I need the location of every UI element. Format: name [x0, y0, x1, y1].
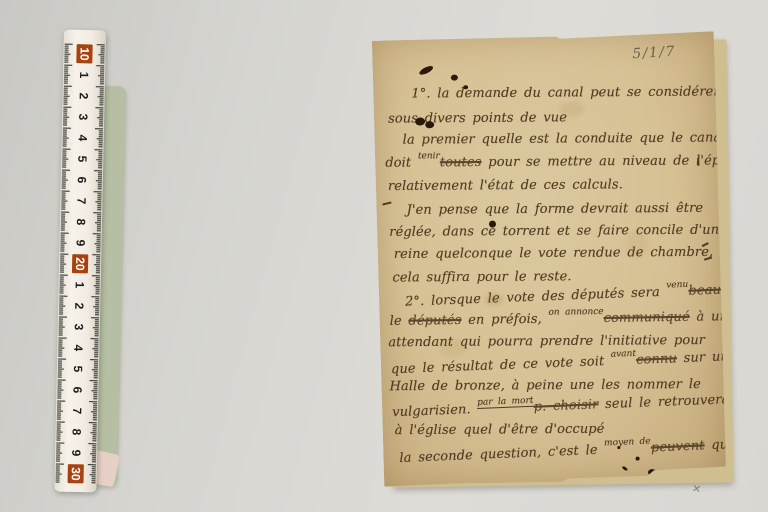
ruler-tick: [62, 159, 68, 160]
ruler-tick: [64, 93, 68, 94]
ruler-tick: [99, 115, 103, 116]
ruler-tick: [60, 261, 64, 262]
ruler-tick: [64, 60, 68, 61]
handwriting-line: à l'église quel d'être d'occupé: [395, 422, 605, 438]
ruler-tick: [63, 117, 69, 118]
ruler-tick: [97, 220, 101, 221]
ruler-tick: [57, 415, 61, 416]
ruler-tick: [100, 92, 104, 93]
ruler-tick: [96, 268, 100, 269]
ink-blot: [636, 457, 640, 461]
handwriting-text: doit: [385, 155, 418, 170]
ruler-tick: [100, 63, 104, 64]
ruler-tick: [96, 245, 100, 246]
handwriting-text: en préfois,: [461, 312, 548, 328]
ruler-tick: [63, 127, 71, 128]
ruler-tick: [95, 107, 103, 108]
ruler-tick: [62, 194, 66, 195]
ruler-tick: [94, 344, 98, 345]
ruler-tick: [97, 44, 105, 45]
ruler-tick: [63, 148, 71, 149]
ruler-tick: [62, 175, 66, 176]
ruler-tick: [62, 186, 66, 187]
ruler-tick: [57, 427, 61, 428]
ruler-tick: [92, 468, 96, 469]
ruler-tick: [97, 138, 103, 139]
ruler-tick: [94, 149, 102, 150]
ruler-tick: [58, 379, 66, 380]
ruler-tick: [56, 459, 60, 460]
ruler-tick: [56, 436, 60, 437]
ruler-tick: [61, 198, 65, 199]
ruler-tick: [89, 401, 97, 402]
ruler-cm-label: 1: [73, 281, 87, 288]
ruler-tick: [62, 188, 66, 189]
ruler-tick: [63, 125, 67, 126]
ruler-tick: [64, 87, 68, 88]
ruler-tick: [93, 327, 99, 328]
ruler-tick: [92, 254, 100, 255]
handwriting-text: pour se mettre au niveau de l'époque: [481, 153, 753, 170]
ruler-tick: [61, 234, 65, 235]
ruler-tick: [64, 70, 68, 71]
handwriting-text: que se diriger: [704, 434, 768, 453]
ruler-tick: [63, 131, 67, 132]
ruler-tick: [88, 443, 96, 444]
ruler-tick: [56, 469, 60, 470]
ruler-tick: [94, 355, 98, 356]
ruler-tick: [93, 399, 97, 400]
ruler-tick: [59, 314, 63, 315]
ruler-tick: [60, 245, 64, 246]
ruler-tick: [97, 235, 101, 236]
ruler-tick: [59, 295, 67, 296]
ruler-tick: [97, 216, 101, 217]
foxing-stain: [438, 338, 468, 357]
ruler-tick: [58, 341, 62, 342]
ruler-tick: [58, 354, 62, 355]
crossed-out-word: p. choisir: [533, 397, 598, 414]
ruler-tick: [62, 165, 66, 166]
ruler-tick: [62, 154, 66, 155]
ruler-tick: [95, 321, 99, 322]
ruler-tick: [64, 56, 68, 57]
ruler-tick: [59, 299, 63, 300]
ruler-tick: [92, 441, 96, 442]
ruler-tick: [92, 476, 96, 477]
ruler-tick: [62, 163, 66, 164]
ruler-tick: [97, 197, 101, 198]
ruler-tick: [91, 411, 97, 412]
ruler-tick: [98, 155, 102, 156]
ruler-tick: [98, 75, 104, 76]
ruler-tick: [56, 467, 60, 468]
ruler-tick: [96, 289, 100, 290]
ruler-tick: [63, 104, 67, 105]
ruler-tick: [56, 465, 60, 466]
ruler-tick: [57, 394, 61, 395]
ruler-tick: [96, 180, 102, 181]
ruler-tick: [59, 312, 63, 313]
ruler-tick: [94, 191, 102, 192]
archival-annotation: 5/1/7: [632, 44, 677, 63]
ruler-tick: [93, 418, 97, 419]
ruler-tick: [56, 476, 60, 477]
ruler-tick: [98, 96, 104, 97]
ruler-tick: [64, 79, 68, 80]
ruler-tick: [93, 420, 97, 421]
ruler-tick: [59, 301, 63, 302]
ruler-tick: [61, 209, 65, 210]
ruler-tick: [63, 129, 67, 130]
ruler-tick: [62, 171, 66, 172]
ruler-tick: [93, 392, 97, 393]
ruler-tick: [62, 192, 66, 193]
handwriting-line: reine quelconque le vote rendue de chamb…: [394, 245, 713, 262]
ruler-tick: [60, 289, 64, 290]
ruler-tick: [62, 167, 66, 168]
ruler-tick: [61, 232, 69, 233]
ruler-tick: [92, 445, 96, 446]
ruler-tick: [59, 322, 63, 323]
ruler-tick: [100, 73, 104, 74]
ruler-tick: [92, 455, 96, 456]
ruler-tick: [60, 247, 64, 248]
ruler-tick: [91, 432, 97, 433]
ruler-cm-label: 2: [77, 92, 91, 99]
ruler-tick: [60, 280, 64, 281]
ruler-tick: [94, 352, 98, 353]
ruler-tick: [92, 275, 100, 276]
manuscript-page: 5/1/7 1°. la demande du canal peut se co…: [372, 31, 726, 486]
photo-backdrop: 101234567892012345678930 5/1/7 1°. la de…: [0, 0, 768, 512]
ruler-tick: [63, 119, 67, 120]
ruler-tick: [56, 440, 60, 441]
ruler-tick: [63, 123, 67, 124]
ruler-tick: [59, 306, 65, 307]
ruler-tick: [98, 163, 102, 164]
ruler-tick: [63, 146, 67, 147]
handwriting-text: 1°. la demande du canal peut se considér…: [411, 84, 719, 101]
ruler-tick: [94, 367, 98, 368]
handwriting-text: que le résultat de ce vote soit: [391, 354, 612, 377]
ruler-tick: [61, 207, 65, 208]
ruler-tick: [98, 166, 102, 167]
ruler-tick: [56, 480, 60, 481]
ruler-tick: [62, 180, 68, 181]
ruler-tick: [60, 272, 64, 273]
ruler-tick: [99, 113, 103, 114]
ruler-tick: [58, 339, 62, 340]
ruler-tick: [100, 88, 104, 89]
ruler-tick: [94, 365, 98, 366]
ruler-tick: [56, 448, 60, 449]
ruler-tick: [95, 331, 99, 332]
ruler-tick: [93, 430, 97, 431]
ruler-tick: [95, 302, 99, 303]
ruler-tick: [57, 413, 61, 414]
ruler-tick: [59, 320, 63, 321]
ruler-tick: [93, 233, 101, 234]
ruler-tick: [58, 366, 62, 367]
ruler-tick: [92, 466, 96, 467]
ruler-tick: [94, 363, 98, 364]
ruler-tick: [95, 310, 99, 311]
ruler-tick: [96, 283, 100, 284]
ruler-tick: [97, 237, 101, 238]
ruler-tick: [56, 478, 60, 479]
handwriting-line: 2°. lorsque le vote des députés sera ven…: [405, 283, 721, 310]
ruler-tick: [95, 304, 99, 305]
ruler-tick: [92, 439, 96, 440]
ruler-tick: [97, 210, 101, 211]
ruler-tick: [97, 226, 101, 227]
ruler-tick: [96, 277, 100, 278]
crossed-out-word: toutes: [440, 155, 482, 170]
handwriting-line: vulgarisien. par la mortp. choisir seul …: [392, 392, 730, 420]
handwriting-line: 1°. la demande du canal peut se considér…: [411, 84, 719, 101]
ruler-tick: [56, 438, 60, 439]
ruler-tick: [56, 473, 62, 474]
ruler-tick: [59, 293, 63, 294]
ruler-tick: [57, 408, 61, 409]
ruler-tick: [95, 313, 99, 314]
ruler-tick: [93, 306, 99, 307]
ruler-tick: [98, 178, 102, 179]
crossed-out-word: beau: [688, 283, 721, 299]
ruler-tick: [57, 390, 63, 391]
ruler-tick: [64, 72, 68, 73]
crossed-out-word: peuvent: [651, 438, 705, 455]
ruler-tick: [57, 431, 63, 432]
ruler-tick: [58, 352, 62, 353]
ruler-tick: [101, 46, 105, 47]
ruler-tick: [57, 425, 61, 426]
ruler-tick: [65, 45, 69, 46]
ruler-tick: [98, 54, 104, 55]
ruler-tick: [64, 100, 68, 101]
ruler-tick: [91, 338, 99, 339]
ruler-tick: [96, 266, 100, 267]
ruler-tick: [62, 182, 66, 183]
ruler-tick: [56, 482, 60, 483]
ink-blot: [451, 74, 458, 80]
ruler-tick: [97, 241, 101, 242]
ruler-tick: [99, 105, 103, 106]
ruler-tick: [96, 65, 104, 66]
ruler-tick: [95, 298, 99, 299]
ruler-tick: [63, 102, 67, 103]
ruler-tick: [61, 224, 65, 225]
ink-blot: [418, 64, 434, 76]
ruler-tick: [96, 159, 102, 160]
ruler-tick: [94, 384, 98, 385]
ruler-cm-label: 8: [74, 218, 88, 225]
ruler-tick: [63, 106, 71, 107]
ruler-tick: [92, 470, 96, 471]
ruler-tick: [95, 300, 99, 301]
handwriting-text: 2°. lorsque le vote des députés sera: [405, 285, 667, 310]
ruler-tick: [92, 483, 96, 484]
ruler-tick: [57, 434, 61, 435]
ruler-tick: [63, 121, 67, 122]
ruler-tick: [96, 262, 100, 263]
ruler-tick: [57, 410, 63, 411]
ruler-tick: [93, 428, 97, 429]
ruler-tick: [94, 373, 98, 374]
ruler-tick: [91, 296, 99, 297]
ruler-cm-label: 8: [70, 428, 84, 435]
ruler-tick: [98, 157, 102, 158]
ruler-tick: [99, 134, 103, 135]
ruler-tick: [98, 195, 102, 196]
ruler-tick: [59, 318, 63, 319]
ruler-tick: [97, 231, 101, 232]
ruler-tick: [99, 103, 103, 104]
ruler-tick: [64, 85, 72, 86]
ruler-tick: [60, 255, 64, 256]
ruler-tick: [99, 126, 103, 127]
handwriting-line: réglée, dans ce torrent et se faire conc…: [389, 223, 727, 240]
ruler-tick: [94, 285, 100, 286]
ruler-tick: [59, 310, 63, 311]
ruler-tick: [100, 84, 104, 85]
ruler-tick: [64, 62, 68, 63]
handwriting-text: réglée, dans ce torrent et se faire conc…: [389, 223, 727, 240]
ruler-tick: [56, 450, 60, 451]
ruler-cm-label: 6: [75, 176, 89, 183]
ruler-tick: [98, 151, 102, 152]
ruler-tick: [63, 144, 67, 145]
ruler-tick: [62, 152, 66, 153]
ruler-tick: [59, 331, 63, 332]
ruler-tick: [63, 140, 67, 141]
ruler-cm-label: 9: [69, 449, 83, 456]
ruler-tick: [95, 308, 99, 309]
ruler-tick: [94, 342, 98, 343]
ruler-tick: [99, 130, 103, 131]
ruler-decade-label: 30: [68, 464, 84, 484]
ruler-tick: [92, 369, 98, 370]
ruler-tick: [59, 316, 67, 317]
ruler-tick: [97, 117, 103, 118]
ruler-tick: [93, 413, 97, 414]
ruler-tick: [63, 142, 67, 143]
ruler-tick: [60, 268, 64, 269]
ruler-tick: [62, 156, 66, 157]
ruler-tick: [59, 337, 67, 338]
ruler-tick: [64, 98, 68, 99]
ruler-tick: [95, 294, 99, 295]
ruler-cm-label: 7: [74, 197, 88, 204]
ruler-tick: [56, 471, 60, 472]
ruler-tick: [56, 444, 60, 445]
ruler-tick: [94, 378, 98, 379]
ink-blot: [622, 466, 629, 472]
ruler-tick: [61, 222, 67, 223]
handwriting-line: cela suffira pour le reste.: [392, 269, 571, 285]
ruler-tick: [60, 251, 64, 252]
ruler-tick: [61, 213, 65, 214]
ruler-tick: [96, 250, 100, 251]
ruler-cm-label: 4: [76, 134, 90, 141]
ruler-tick: [92, 481, 96, 482]
ruler-tick: [94, 264, 100, 265]
crossed-out-word: communiqué: [604, 310, 690, 326]
ruler-tick: [61, 205, 65, 206]
ruler-cm-label: 9: [73, 239, 87, 246]
ruler-tick: [101, 48, 105, 49]
ruler-tick: [58, 360, 62, 361]
ruler-tick: [57, 429, 61, 430]
ruler-cm-label: 5: [75, 155, 89, 162]
ruler-tick: [92, 460, 96, 461]
ruler-tick: [92, 449, 96, 450]
ruler-cm-label: 7: [70, 407, 84, 414]
ruler-tick: [100, 69, 104, 70]
ruler-tick: [64, 96, 70, 97]
ruler-tick: [57, 404, 61, 405]
ruler-tick: [95, 334, 99, 335]
ruler-tick: [100, 61, 104, 62]
ruler-tick: [65, 47, 69, 48]
handwriting-text: seul le retrouvera: [598, 392, 730, 412]
ruler-tick: [94, 350, 98, 351]
ruler-tick: [64, 64, 72, 65]
ruler-tick: [61, 201, 67, 202]
ruler-tick: [57, 396, 61, 397]
ruler-tick: [62, 150, 66, 151]
ruler-tick: [93, 426, 97, 427]
ruler-tick: [93, 394, 97, 395]
ruler-tick: [57, 398, 61, 399]
ruler-tick: [56, 452, 62, 453]
ruler-tick: [94, 346, 98, 347]
ruler-tick: [95, 222, 101, 223]
ruler-decade-label: 10: [76, 44, 92, 64]
ruler-tick: [63, 110, 67, 111]
ruler-tick: [92, 451, 96, 452]
ruler-tick: [96, 273, 100, 274]
ruler-tick: [58, 362, 62, 363]
ruler-tick: [56, 463, 64, 464]
ink-mark: [697, 158, 699, 166]
ruler-tick: [64, 89, 68, 90]
ruler-tick: [58, 377, 62, 378]
ruler-tick: [93, 388, 97, 389]
ruler-cm-label: 1: [77, 72, 91, 79]
ruler-tick: [61, 236, 65, 237]
ruler-tick: [94, 170, 102, 171]
crossed-out-word: députés: [408, 313, 461, 329]
ruler-tick: [97, 203, 101, 204]
ruler-tick: [58, 381, 62, 382]
ruler-tick: [57, 419, 61, 420]
ruler-tick: [91, 390, 97, 391]
ruler-tick: [99, 111, 103, 112]
handwriting-text: à l'église quel d'être d'occupé: [395, 422, 605, 438]
inserted-word: par la mort: [477, 396, 534, 409]
ruler-decade-label: 20: [72, 254, 88, 274]
ruler-tick: [98, 153, 102, 154]
ruler-tick: [95, 329, 99, 330]
ruler-tick: [98, 193, 102, 194]
ruler-tick: [92, 447, 96, 448]
handwriting-text: J'en pense que la forme devrait aussi êt…: [407, 201, 704, 218]
ruler-tick: [58, 385, 62, 386]
ruler-tick: [64, 83, 68, 84]
ruler-tick: [95, 336, 99, 337]
